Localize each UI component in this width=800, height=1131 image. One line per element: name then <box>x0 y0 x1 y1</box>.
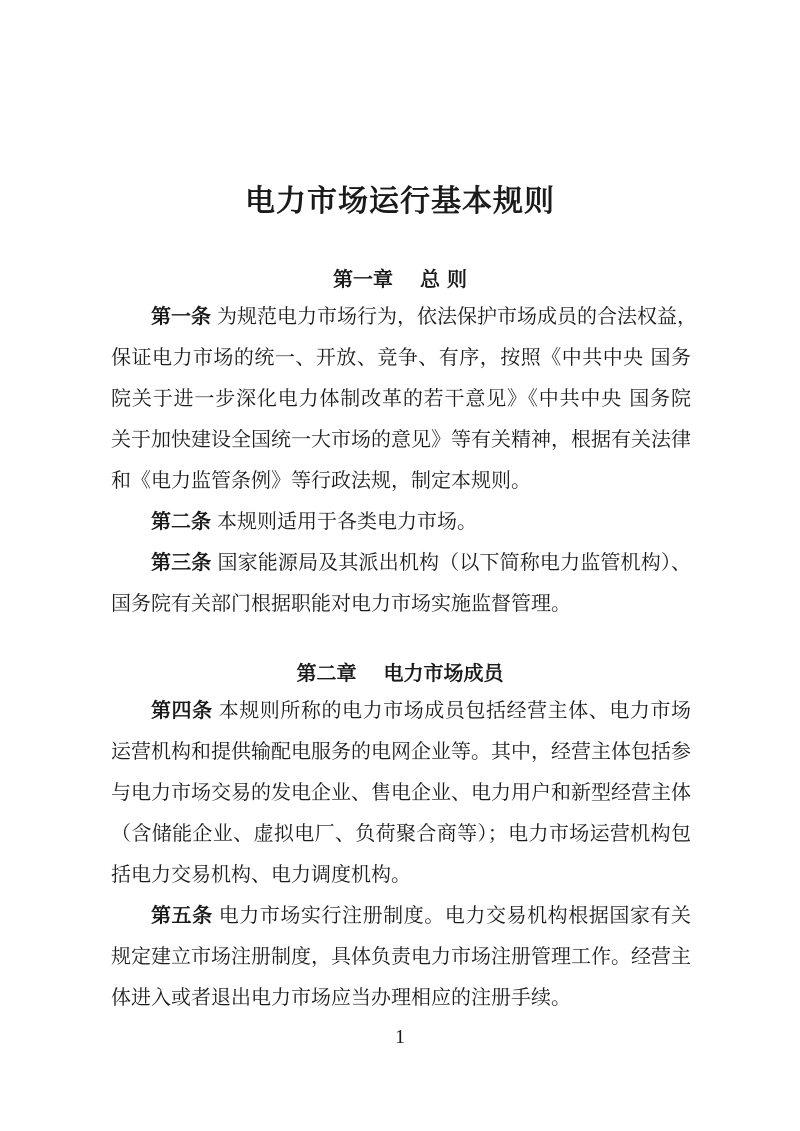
article-label: 第五条 <box>151 903 213 927</box>
article-3-line-2: 国务院有关部门根据职能对电力市场实施监督管理。 <box>111 590 691 616</box>
article-2-line-1: 第二条本规则适用于各类电力市场。 <box>151 508 691 534</box>
article-5-line-2: 规定建立市场注册制度，具体负责电力市场注册管理工作。经营主 <box>111 943 691 969</box>
article-3-line-1: 第三条国家能源局及其派出机构（以下简称电力监管机构）、 <box>151 549 691 575</box>
article-5-line-3: 体进入或者退出电力市场应当办理相应的注册手续。 <box>111 984 691 1010</box>
document-title: 电力市场运行基本规则 <box>0 176 800 220</box>
page-number: 1 <box>0 1026 800 1049</box>
chapter-heading-2: 第二章 电力市场成员 <box>0 657 800 686</box>
article-text: 为规范电力市场行为，依法保护市场成员的合法权益， <box>217 304 697 328</box>
chapter-heading-1: 第一章 总 则 <box>0 263 800 292</box>
article-label: 第二条 <box>151 509 211 533</box>
article-text: 本规则所称的电力市场成员包括经营主体、电力市场 <box>219 698 691 722</box>
article-4-line-3: 与电力市场交易的发电企业、售电企业、电力用户和新型经营主体 <box>111 779 691 805</box>
article-label: 第三条 <box>151 550 211 574</box>
article-label: 第四条 <box>151 698 213 722</box>
article-text: 电力市场实行注册制度。电力交易机构根据国家有关 <box>219 903 691 927</box>
article-4-line-5: 括电力交易机构、电力调度机构。 <box>111 861 691 887</box>
article-5-line-1: 第五条电力市场实行注册制度。电力交易机构根据国家有关 <box>151 902 691 928</box>
article-1-line-4: 关于加快建设全国统一大市场的意见》等有关精神，根据有关法律 <box>111 426 691 452</box>
article-4-line-2: 运营机构和提供输配电服务的电网企业等。其中，经营主体包括参 <box>111 738 691 764</box>
article-4-line-1: 第四条本规则所称的电力市场成员包括经营主体、电力市场 <box>151 697 691 723</box>
article-text: 本规则适用于各类电力市场。 <box>217 509 477 533</box>
article-label: 第一条 <box>151 304 211 328</box>
article-text: 国家能源局及其派出机构（以下简称电力监管机构）、 <box>217 550 691 574</box>
article-1-line-1: 第一条为规范电力市场行为，依法保护市场成员的合法权益， <box>151 303 691 329</box>
article-4-line-4: （含储能企业、虚拟电厂、负荷聚合商等）；电力市场运营机构包 <box>111 820 691 846</box>
article-1-line-3: 院关于进一步深化电力体制改革的若干意见》《中共中央 国务院 <box>111 385 691 411</box>
article-1-line-5: 和《电力监管条例》等行政法规，制定本规则。 <box>111 467 691 493</box>
document-page: 电力市场运行基本规则 第一章 总 则 第一条为规范电力市场行为，依法保护市场成员… <box>0 0 800 1131</box>
article-1-line-2: 保证电力市场的统一、开放、竞争、有序，按照《中共中央 国务 <box>111 344 691 370</box>
